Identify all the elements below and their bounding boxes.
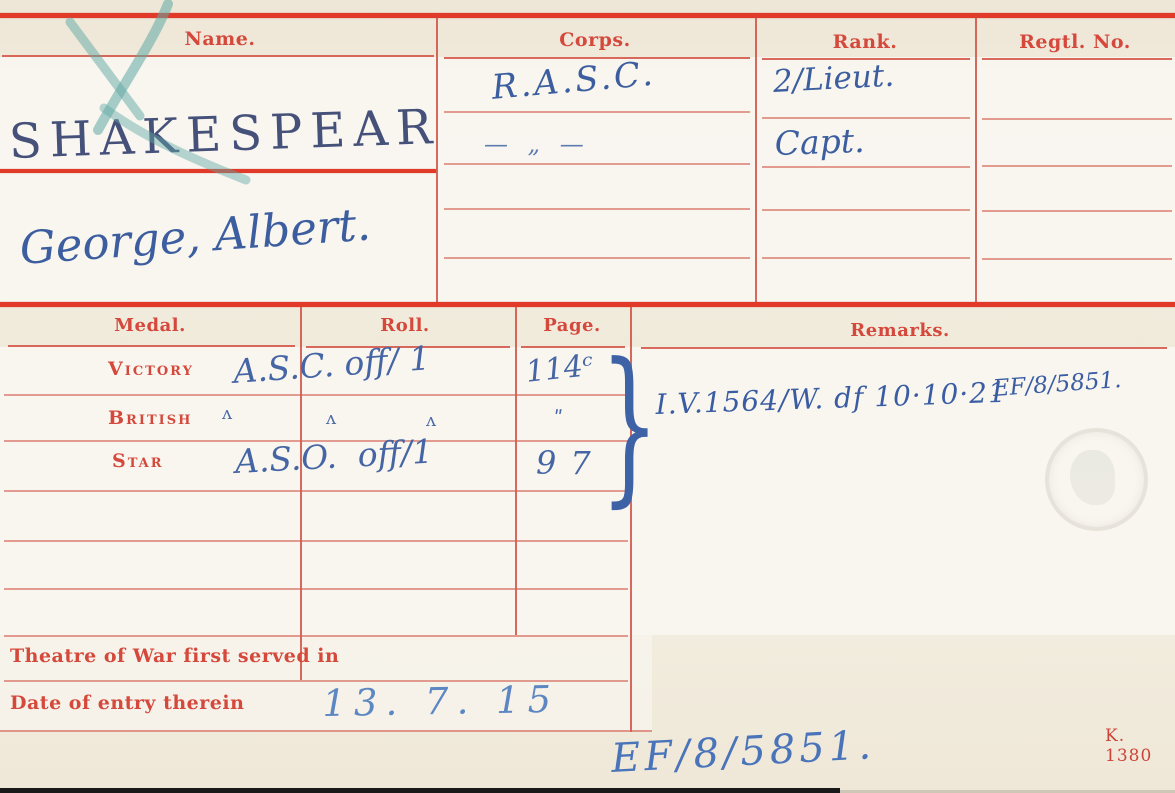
column-header-roll: Roll. xyxy=(330,315,480,336)
rule-rank-row4 xyxy=(762,257,970,259)
forenames-handwritten: George, Albert. xyxy=(18,197,372,274)
rule-regtl-header xyxy=(982,58,1172,60)
remarks-note-handwritten: I.V.1564/W. df 10·10·21 xyxy=(655,376,1007,421)
rule-rank-row1 xyxy=(762,117,970,119)
divider-rank-regtl xyxy=(975,14,977,304)
rule-rank-row3 xyxy=(762,209,970,211)
british-ditto-page: ʺ xyxy=(554,406,563,430)
form-number: K. 1380 xyxy=(1105,726,1175,766)
star-page-entry: 97 xyxy=(536,444,605,482)
rule-regtl-row4 xyxy=(982,258,1172,260)
rule-remarks-header xyxy=(641,347,1167,349)
rule-regtl-row2 xyxy=(982,165,1172,167)
embossed-stamp-inner xyxy=(1070,450,1115,505)
column-header-corps: Corps. xyxy=(440,29,750,51)
corps-entry-ditto: — „ — xyxy=(484,130,590,158)
column-header-remarks: Remarks. xyxy=(750,320,1050,341)
scan-edge-bottom xyxy=(0,788,840,793)
british-ditto-medal: ʌ xyxy=(222,403,232,424)
corps-entry-1: R.A.S.C. xyxy=(490,54,657,108)
rank-entry-2: Capt. xyxy=(774,121,865,163)
rule-section-divider xyxy=(0,302,1175,307)
rule-row-empty2 xyxy=(4,588,628,590)
remarks-reference-handwritten: EF/8/5851. xyxy=(992,367,1122,402)
divider-name-corps xyxy=(436,14,438,304)
date-of-entry-label: Date of entry therein xyxy=(10,692,244,714)
column-header-regtl-no: Regtl. No. xyxy=(980,31,1170,53)
rule-corps-row1 xyxy=(444,111,750,113)
rule-row-empty3 xyxy=(4,635,628,637)
medal-row-label-victory: Victory xyxy=(108,358,194,380)
victory-page-entry: 114ᶜ xyxy=(524,348,595,390)
column-header-medal: Medal. xyxy=(55,315,245,336)
rule-corps-row2 xyxy=(444,163,750,165)
corner-pencil-mark-K xyxy=(18,0,278,195)
rule-rank-row2 xyxy=(762,166,970,168)
rule-regtl-row3 xyxy=(982,210,1172,212)
rule-regtl-row1 xyxy=(982,118,1172,120)
rule-row-victory xyxy=(4,394,628,396)
british-ditto-roll-2: ʌ xyxy=(426,410,436,431)
rule-row-date xyxy=(0,730,652,732)
rule-row-empty1 xyxy=(4,540,628,542)
medal-row-label-british: British xyxy=(108,407,192,429)
rule-medal-header xyxy=(8,345,295,347)
medal-index-card: Name. Corps. Rank. Regtl. No. Medal. Rol… xyxy=(0,0,1175,793)
divider-corps-rank xyxy=(755,14,757,304)
date-of-entry-value: 13. 7. 15 xyxy=(322,678,559,725)
rank-entry-1: 2/Lieut. xyxy=(772,58,895,100)
rule-corps-row4 xyxy=(444,257,750,259)
column-header-rank: Rank. xyxy=(760,31,970,53)
divider-roll-page xyxy=(515,307,517,635)
remarks-brace: } xyxy=(600,336,659,515)
embossed-stamp xyxy=(1045,428,1148,531)
medal-row-label-star: Star xyxy=(112,450,164,472)
rule-corps-row3 xyxy=(444,208,750,210)
british-ditto-roll-1: ʌ xyxy=(326,408,336,429)
rule-row-star xyxy=(4,490,628,492)
theatre-of-war-label: Theatre of War first served in xyxy=(10,645,339,667)
